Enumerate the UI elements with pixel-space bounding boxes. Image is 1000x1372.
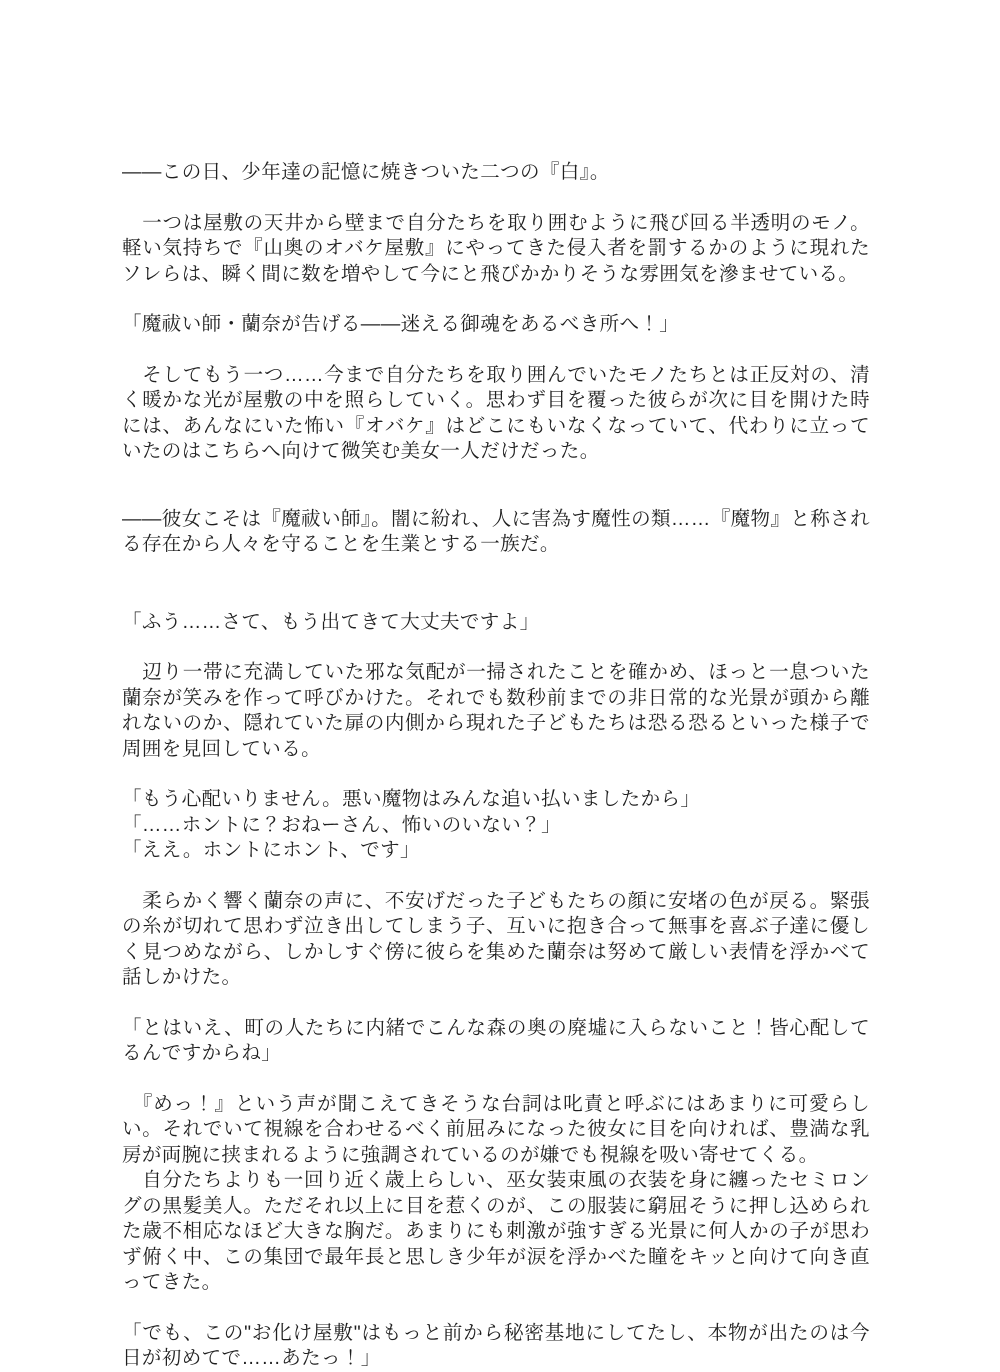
paragraph-10: 「ええ。ホントにホント、です」 xyxy=(122,838,870,864)
paragraph-3: 「魔祓い師・蘭奈が告げる――迷える御魂をあるべき所へ！」 xyxy=(122,312,870,338)
paragraph-12: 「とはいえ、町の人たちに内緒でこんな森の奥の廃墟に入らないこと！皆心配してるんで… xyxy=(122,1016,870,1067)
paragraph-6: 「ふう……さて、もう出てきて大丈夫ですよ」 xyxy=(122,610,870,636)
paragraph-5: ――彼女こそは『魔祓い師』。闇に紛れ、人に害為す魔性の類……『魔物』と称される存… xyxy=(122,507,870,558)
page-text: ――この日、少年達の記憶に焼きついた二つの『白』。 一つは屋敷の天井から壁まで自… xyxy=(122,160,870,1372)
paragraph-8: 「もう心配いりません。悪い魔物はみんな追い払いましたから」 xyxy=(122,787,870,813)
paragraph-13: 『めっ！』という声が聞こえてきそうな台詞は叱責と呼ぶにはあまりに可愛らしい。それ… xyxy=(122,1092,870,1169)
paragraph-11: 柔らかく響く蘭奈の声に、不安げだった子どもたちの顔に安堵の色が戻る。緊張の糸が切… xyxy=(122,889,870,991)
paragraph-14: 自分たちよりも一回り近く歳上らしい、巫女装束風の衣装を身に纏ったセミロングの黒髪… xyxy=(122,1168,870,1296)
paragraph-2: 一つは屋敷の天井から壁まで自分たちを取り囲むように飛び回る半透明のモノ。軽い気持… xyxy=(122,211,870,288)
paragraph-15: 「でも、この"お化け屋敷"はもっと前から秘密基地にしてたし、本物が出たのは今日が… xyxy=(122,1321,870,1372)
paragraph-7: 辺り一帯に充満していた邪な気配が一掃されたことを確かめ、ほっと一息ついた蘭奈が笑… xyxy=(122,660,870,762)
paragraph-4: そしてもう一つ……今まで自分たちを取り囲んでいたモノたちとは正反対の、清く暖かな… xyxy=(122,363,870,465)
paragraph-1: ――この日、少年達の記憶に焼きついた二つの『白』。 xyxy=(122,160,870,186)
document-page: ――この日、少年達の記憶に焼きついた二つの『白』。 一つは屋敷の天井から壁まで自… xyxy=(0,0,1000,1295)
paragraph-9: 「……ホントに？おねーさん、怖いのいない？」 xyxy=(122,813,870,839)
